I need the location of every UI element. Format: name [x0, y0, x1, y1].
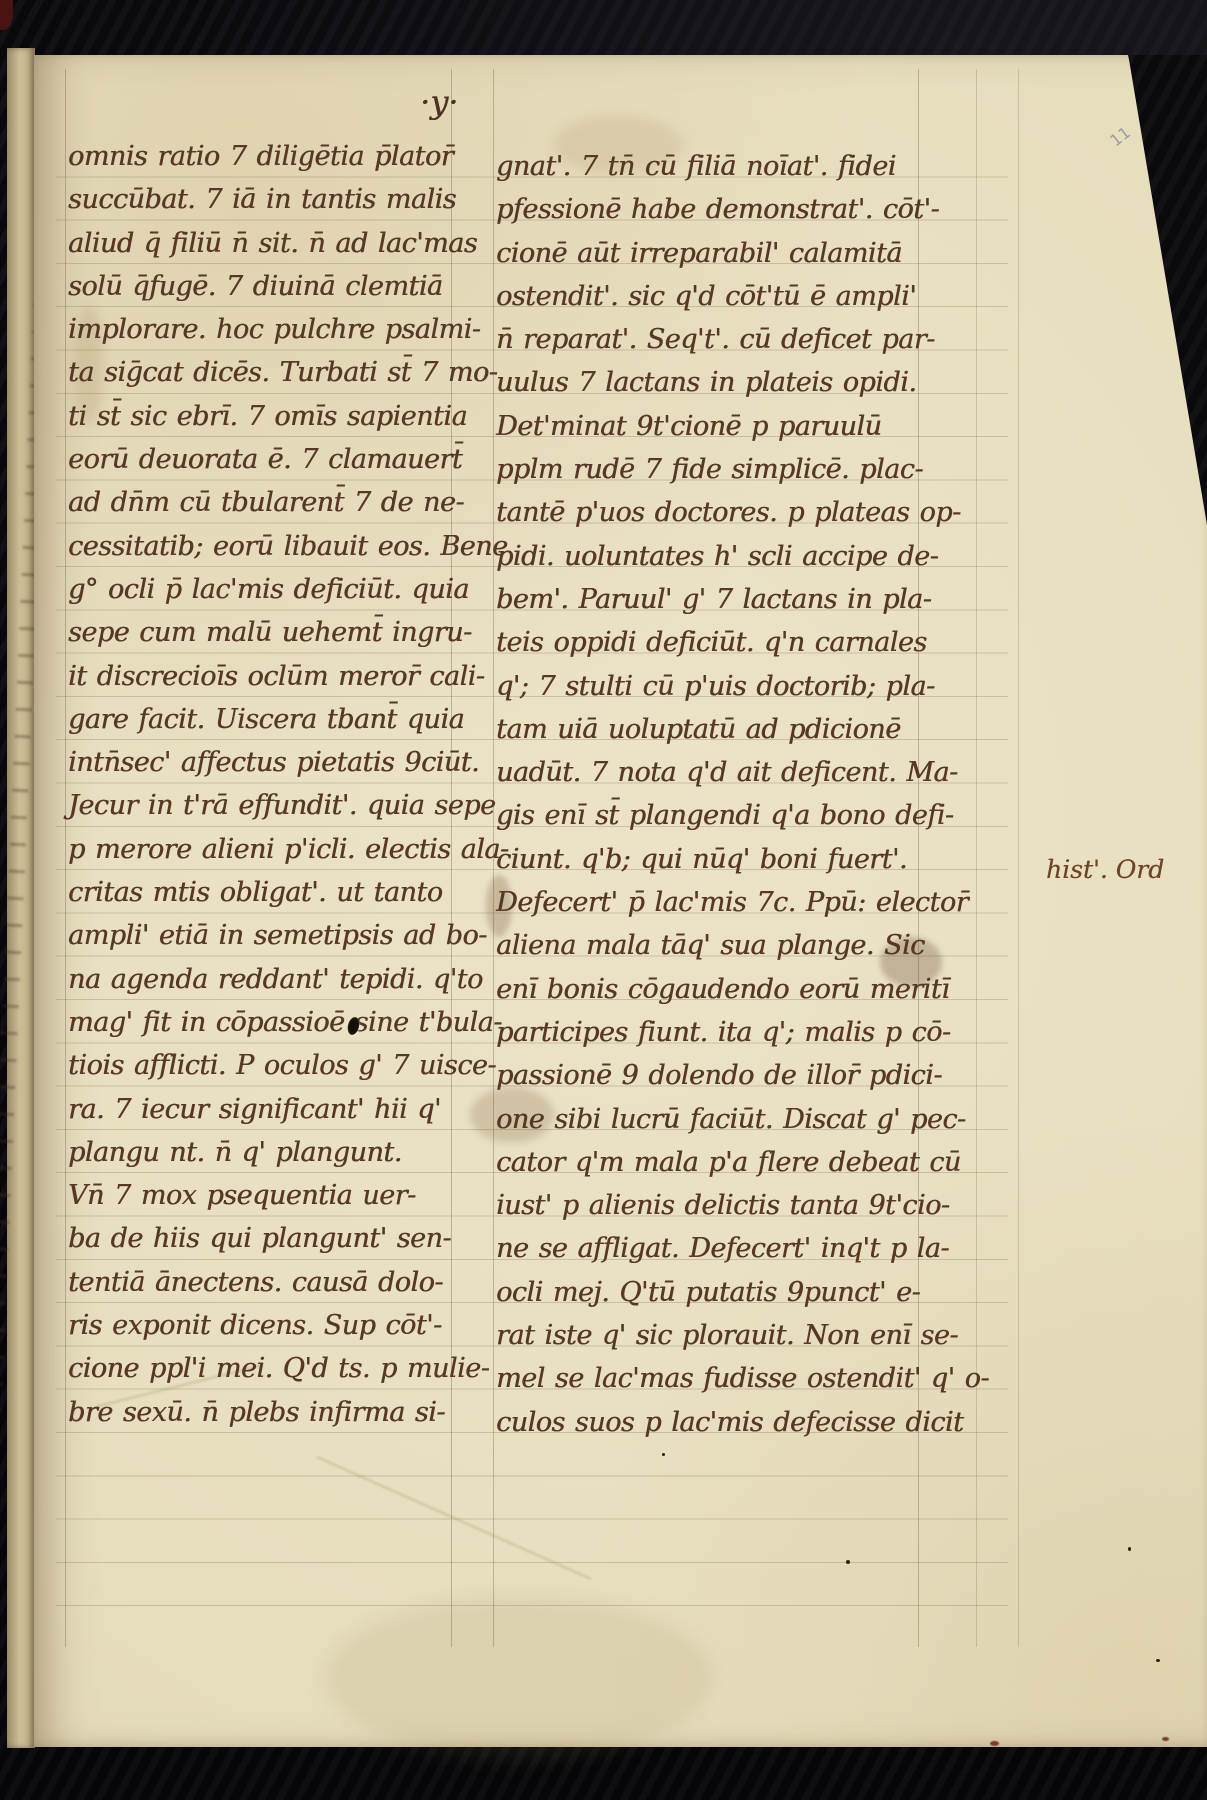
text-line: uulus 7 lactans in plateis opidi. — [496, 361, 928, 404]
text-line: culos suos p lac'mis defecisse dicit — [496, 1401, 928, 1444]
text-line: plangu nt. n̄ q' plangunt. — [68, 1131, 462, 1174]
text-line: gare facit. Uiscera tbant̄ quia — [68, 698, 462, 741]
speck — [662, 1453, 665, 1456]
speck — [846, 1560, 850, 1564]
text-line: ba de hiis qui plangunt' sen- — [68, 1217, 462, 1260]
text-line: p merore alieni p'icli. electis ala- — [68, 828, 462, 871]
parchment-page: ·y· 116 11 hist'. Ord omnis ratio 7 dili… — [34, 55, 1207, 1747]
text-line: intn̄sec' affectus pietatis 9ciūt. — [68, 741, 462, 784]
speck — [1128, 1547, 1131, 1551]
text-line: ad dn̄m cū tbularent̄ 7 de ne- — [68, 481, 462, 524]
left-text-column: omnis ratio 7 diligētia p̄lator̄succūbat… — [68, 135, 462, 1434]
text-line: cione ppl'i mei. Q'd ts. p mulie- — [68, 1347, 462, 1390]
text-line: participes fiunt. ita q'; malis p cō- — [496, 1011, 928, 1054]
text-line: enī bonis cōgaudendo eorū meritī — [496, 968, 928, 1011]
text-line: eorū deuorata ē. 7 clamauert̄ — [68, 438, 462, 481]
text-line: passionē 9 dolendo de illor̄ pdici- — [496, 1054, 928, 1097]
text-line: omnis ratio 7 diligētia p̄lator̄ — [68, 135, 462, 178]
pencil-mark: 11 — [1106, 123, 1134, 151]
text-line: g° ocli p̄ lac'mis deficiūt. quia — [68, 568, 462, 611]
text-line: gnat'. 7 tn̄ cū filiā noīat'. fidei — [496, 145, 928, 188]
right-text-column: gnat'. 7 tn̄ cū filiā noīat'. fideipfess… — [496, 145, 928, 1444]
text-line: ocli mej. Q'tū putatis 9punct' e- — [496, 1271, 928, 1314]
text-line: iust' p alienis delictis tanta 9t'cio- — [496, 1184, 928, 1227]
text-line: ampli' etiā in semetipsis ad bo- — [68, 914, 462, 957]
text-line: teis oppidi deficiūt. q'n carnales — [496, 621, 928, 664]
text-line: cator q'm mala p'a flere debeat cū — [496, 1141, 928, 1184]
ruling-line-left-bound — [65, 69, 66, 1647]
manuscript-photo: ·y· 116 11 hist'. Ord omnis ratio 7 dili… — [0, 0, 1207, 1800]
text-line: aliena mala tāq' sua plange. Sic — [496, 924, 928, 967]
text-line: cessitatib; eorū libauit eos. Bene — [68, 525, 462, 568]
text-line: rat iste q' sic plorauit. Non enī se- — [496, 1314, 928, 1357]
text-line: it discrecioīs oclūm meror̄ cali- — [68, 655, 462, 698]
text-line: Defecert' p̄ lac'mis 7c. Ppū: elector̄ — [496, 881, 928, 924]
text-line: Jecur in t'rā effundit'. quia sepe — [68, 784, 462, 827]
text-line: critas mtis obligat'. ut tanto — [68, 871, 462, 914]
text-line: tam uiā uoluptatū ad pdicionē — [496, 708, 928, 751]
text-line: solū q̄fugē. 7 diuinā clemtiā — [68, 265, 462, 308]
water-stain — [324, 1595, 714, 1760]
text-line: mag' fit in cōpassioē sine t'bula- — [68, 1001, 462, 1044]
text-line: ciunt. q'b; qui nūq' boni fuert'. — [496, 838, 928, 881]
text-line: pfessionē habe demonstrat'. cōt'- — [496, 188, 928, 231]
text-line: mel se lac'mas fudisse ostendit' q' o- — [496, 1357, 928, 1400]
text-line: gis enī st̄ plangendi q'a bono defi- — [496, 794, 928, 837]
text-line: cionē aūt irreparabil' calamitā — [496, 232, 928, 275]
rust-speck — [990, 1741, 999, 1746]
text-line: implorare. hoc pulchre psalmi- — [68, 308, 462, 351]
text-line: tentiā ānectens. causā dolo- — [68, 1261, 462, 1304]
text-line: uadūt. 7 nota q'd ait deficent. Ma- — [496, 751, 928, 794]
text-line: pidi. uoluntates h' scli accipe de- — [496, 535, 928, 578]
facing-page-edge — [7, 48, 35, 1748]
text-line: ta siḡcat dicēs. Turbati st̄ 7 mo- — [68, 351, 462, 394]
text-line: ti st̄ sic ebrī. 7 omīs sapientia — [68, 395, 462, 438]
text-line: succūbat. 7 iā in tantis malis — [68, 178, 462, 221]
text-line: n̄ reparat'. Seq't'. cū deficet par- — [496, 318, 928, 361]
quire-mark: ·y· — [420, 83, 458, 121]
text-line: bre sexū. n̄ plebs infirma si- — [68, 1391, 462, 1434]
text-line: tiois afflicti. P oculos g' 7 uisce- — [68, 1044, 462, 1087]
text-line: bem'. Paruul' g' 7 lactans in pla- — [496, 578, 928, 621]
speck — [1156, 1659, 1160, 1662]
text-line: tantē p'uos doctores. p plateas op- — [496, 491, 928, 534]
margin-annotation: hist'. Ord — [1046, 855, 1164, 884]
text-line: sepe cum malū uehemt̄ ingru- — [68, 611, 462, 654]
ruling-line-margin-2 — [1018, 69, 1019, 1647]
text-line: Vn̄ 7 mox psequentia uer- — [68, 1174, 462, 1217]
text-line: aliud q̄ filiū n̄ sit. n̄ ad lac'mas — [68, 222, 462, 265]
text-line: ne se affligat. Defecert' inq't p la- — [496, 1227, 928, 1270]
text-line: ostendit'. sic q'd cōt'tū ē ampli' — [496, 275, 928, 318]
ruling-line-margin-1 — [976, 69, 977, 1647]
text-line: pplm rudē 7 fide simplicē. plac- — [496, 448, 928, 491]
text-line: one sibi lucrū faciūt. Discat g' pec- — [496, 1098, 928, 1141]
text-line: q'; 7 stulti cū p'uis doctorib; pla- — [496, 665, 928, 708]
rust-speck — [1162, 1737, 1169, 1741]
text-line: ris exponit dicens. Sup cōt'- — [68, 1304, 462, 1347]
text-line: na agenda reddant' tepidi. q'to — [68, 958, 462, 1001]
text-line: Det'minat 9t'cionē p paruulū — [496, 405, 928, 448]
text-line: ra. 7 iecur significant' hii q' — [68, 1088, 462, 1131]
